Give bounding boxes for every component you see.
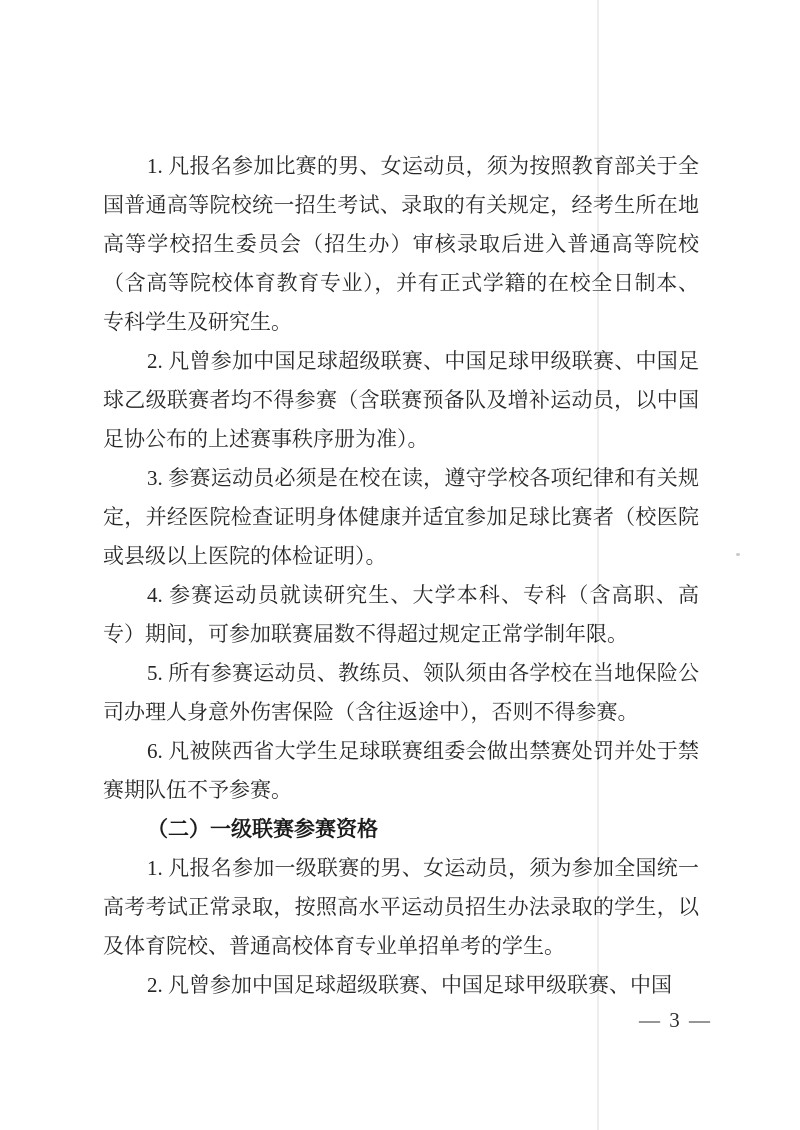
document-body: 1. 凡报名参加比赛的男、女运动员，须为按照教育部关于全国普通高等院校统一招生考… [103, 147, 699, 1005]
paragraph-eligibility-4: 4. 参赛运动员就读研究生、大学本科、专科（含高职、高专）期间，可参加联赛届数不… [103, 576, 699, 654]
paragraph-level1-2-truncated: 2. 凡曾参加中国足球超级联赛、中国足球甲级联赛、中国 [103, 966, 699, 1005]
paragraph-eligibility-2: 2. 凡曾参加中国足球超级联赛、中国足球甲级联赛、中国足球乙级联赛者均不得参赛（… [103, 342, 699, 459]
paragraph-eligibility-3: 3. 参赛运动员必须是在校在读，遵守学校各项纪律和有关规定，并经医院检查证明身体… [103, 459, 699, 576]
paragraph-eligibility-5: 5. 所有参赛运动员、教练员、领队须由各学校在当地保险公司办理人身意外伤害保险（… [103, 654, 699, 732]
paragraph-eligibility-6: 6. 凡被陕西省大学生足球联赛组委会做出禁赛处罚并处于禁赛期队伍不予参赛。 [103, 732, 699, 810]
paragraph-level1-1: 1. 凡报名参加一级联赛的男、女运动员，须为参加全国统一高考考试正常录取，按照高… [103, 849, 699, 966]
section-heading-level1-league: （二）一级联赛参赛资格 [103, 810, 699, 849]
page-number: — 3 — [560, 1006, 712, 1034]
paragraph-eligibility-1: 1. 凡报名参加比赛的男、女运动员，须为按照教育部关于全国普通高等院校统一招生考… [103, 147, 699, 342]
scan-speck [736, 553, 740, 556]
scanned-document-page: 1. 凡报名参加比赛的男、女运动员，须为按照教育部关于全国普通高等院校统一招生考… [0, 0, 800, 1130]
